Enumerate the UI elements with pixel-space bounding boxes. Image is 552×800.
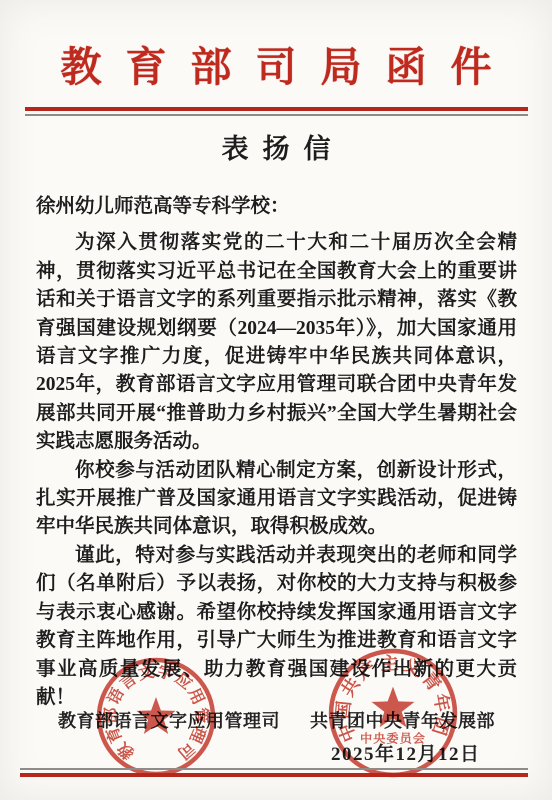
star-icon bbox=[136, 697, 175, 734]
page-title: 表扬信 bbox=[0, 136, 552, 163]
salutation: 徐州幼儿师范高等专科学校： bbox=[36, 193, 517, 221]
header-rule bbox=[25, 107, 528, 116]
official-seal-right-icon: 中国共产主义青年团 中央委员会 bbox=[326, 646, 460, 780]
letter-page: 教育部司局函件 表扬信 徐州幼儿师范高等专科学校： 为深入贯彻落实党的二十大和二… bbox=[0, 0, 552, 800]
footer-rule bbox=[20, 768, 528, 777]
paragraph-2: 你校参与活动团队精心制定方案，创新设计形式，扎实开展推广普及国家通用语言文字实践… bbox=[36, 457, 517, 542]
letter-body: 徐州幼儿师范高等专科学校： 为深入贯彻落实党的二十大和二十届历次全会精神，贯彻落… bbox=[36, 193, 517, 712]
seal-center-text: 中央委员会 bbox=[360, 730, 426, 745]
official-seal-left-icon: 教育部语言文字应用管理司 bbox=[94, 655, 218, 779]
star-icon bbox=[371, 687, 414, 728]
paragraph-1: 为深入贯彻落实党的二十大和二十届历次全会精神，贯彻落实习近平总书记在全国教育大会… bbox=[36, 229, 517, 456]
document-banner: 教育部司局函件 bbox=[0, 0, 552, 88]
